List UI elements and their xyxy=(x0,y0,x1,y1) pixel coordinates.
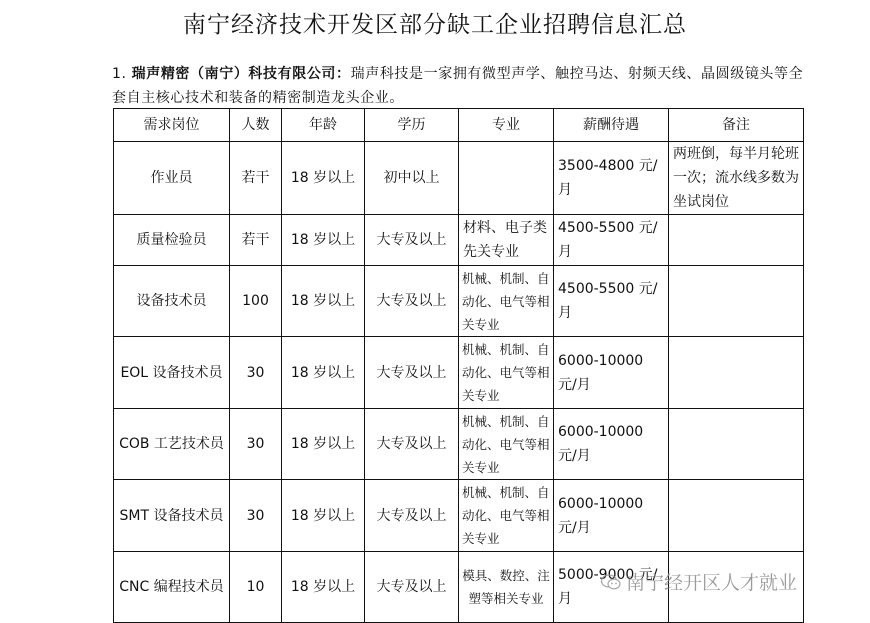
table-row: 设备技术员 100 18 岁以上 大专及以上 机械、机制、自动化、电气等相关专业… xyxy=(114,266,804,337)
cell-count: 10 xyxy=(230,552,282,623)
cell-position: 设备技术员 xyxy=(114,266,230,337)
cell-age: 18 岁以上 xyxy=(282,266,365,337)
cell-major: 机械、机制、自动化、电气等相关专业 xyxy=(459,480,554,552)
table-row: EOL 设备技术员 30 18 岁以上 大专及以上 机械、机制、自动化、电气等相… xyxy=(114,337,804,409)
cell-age: 18 岁以上 xyxy=(282,142,365,215)
cell-salary: 6000-10000 元/月 xyxy=(554,480,669,552)
cell-count: 若干 xyxy=(230,215,282,266)
table-row: 作业员 若干 18 岁以上 初中以上 3500-4800 元/月 两班倒，每半月… xyxy=(114,142,804,215)
wechat-icon xyxy=(600,573,622,591)
header-age: 年龄 xyxy=(282,109,365,142)
document-title: 南宁经济技术开发区部分缺工企业招聘信息汇总 xyxy=(0,6,870,39)
cell-age: 18 岁以上 xyxy=(282,215,365,266)
cell-position: EOL 设备技术员 xyxy=(114,337,230,409)
table-row: SMT 设备技术员 30 18 岁以上 大专及以上 机械、机制、自动化、电气等相… xyxy=(114,480,804,552)
cell-position: 作业员 xyxy=(114,142,230,215)
cell-note xyxy=(669,480,804,552)
cell-salary: 6000-10000 元/月 xyxy=(554,337,669,409)
cell-major: 材料、电子类先关专业 xyxy=(459,215,554,266)
cell-education: 大专及以上 xyxy=(365,480,459,552)
cell-count: 100 xyxy=(230,266,282,337)
cell-position: CNC 编程技术员 xyxy=(114,552,230,623)
cell-education: 大专及以上 xyxy=(365,552,459,623)
header-salary: 薪酬待遇 xyxy=(554,109,669,142)
cell-salary: 3500-4800 元/月 xyxy=(554,142,669,215)
cell-note: 两班倒，每半月轮班一次；流水线多数为坐试岗位 xyxy=(669,142,804,215)
recruitment-table: 需求岗位 人数 年龄 学历 专业 薪酬待遇 备注 作业员 若干 18 岁以上 初… xyxy=(113,108,804,623)
cell-salary: 4500-5500 元/月 xyxy=(554,215,669,266)
cell-major: 机械、机制、自动化、电气等相关专业 xyxy=(459,337,554,409)
company-index: 1. xyxy=(112,66,127,82)
table-row: COB 工艺技术员 30 18 岁以上 大专及以上 机械、机制、自动化、电气等相… xyxy=(114,409,804,480)
cell-education: 大专及以上 xyxy=(365,215,459,266)
cell-education: 大专及以上 xyxy=(365,409,459,480)
cell-major: 机械、机制、自动化、电气等相关专业 xyxy=(459,266,554,337)
cell-note xyxy=(669,409,804,480)
cell-salary: 6000-10000 元/月 xyxy=(554,409,669,480)
cell-salary: 4500-5500 元/月 xyxy=(554,266,669,337)
cell-age: 18 岁以上 xyxy=(282,480,365,552)
header-major: 专业 xyxy=(459,109,554,142)
cell-position: SMT 设备技术员 xyxy=(114,480,230,552)
cell-education: 初中以上 xyxy=(365,142,459,215)
header-count: 人数 xyxy=(230,109,282,142)
cell-education: 大专及以上 xyxy=(365,266,459,337)
company-intro: 1. 瑞声精密（南宁）科技有限公司：瑞声科技是一家拥有微型声学、触控马达、射频天… xyxy=(112,62,812,110)
cell-count: 30 xyxy=(230,480,282,552)
cell-position: 质量检验员 xyxy=(114,215,230,266)
watermark: 南宁经开区人才就业 xyxy=(600,568,797,595)
cell-position: COB 工艺技术员 xyxy=(114,409,230,480)
table-header-row: 需求岗位 人数 年龄 学历 专业 薪酬待遇 备注 xyxy=(114,109,804,142)
watermark-text: 南宁经开区人才就业 xyxy=(626,568,797,595)
cell-age: 18 岁以上 xyxy=(282,337,365,409)
table-row: 质量检验员 若干 18 岁以上 大专及以上 材料、电子类先关专业 4500-55… xyxy=(114,215,804,266)
cell-note xyxy=(669,266,804,337)
cell-note xyxy=(669,337,804,409)
cell-age: 18 岁以上 xyxy=(282,409,365,480)
cell-note xyxy=(669,215,804,266)
cell-age: 18 岁以上 xyxy=(282,552,365,623)
cell-major: 机械、机制、自动化、电气等相关专业 xyxy=(459,409,554,480)
cell-count: 30 xyxy=(230,337,282,409)
header-note: 备注 xyxy=(669,109,804,142)
cell-count: 若干 xyxy=(230,142,282,215)
cell-major xyxy=(459,142,554,215)
cell-count: 30 xyxy=(230,409,282,480)
header-education: 学历 xyxy=(365,109,459,142)
header-position: 需求岗位 xyxy=(114,109,230,142)
cell-education: 大专及以上 xyxy=(365,337,459,409)
company-name: 瑞声精密（南宁）科技有限公司： xyxy=(132,66,351,82)
cell-major: 模具、数控、注塑等相关专业 xyxy=(459,552,554,623)
